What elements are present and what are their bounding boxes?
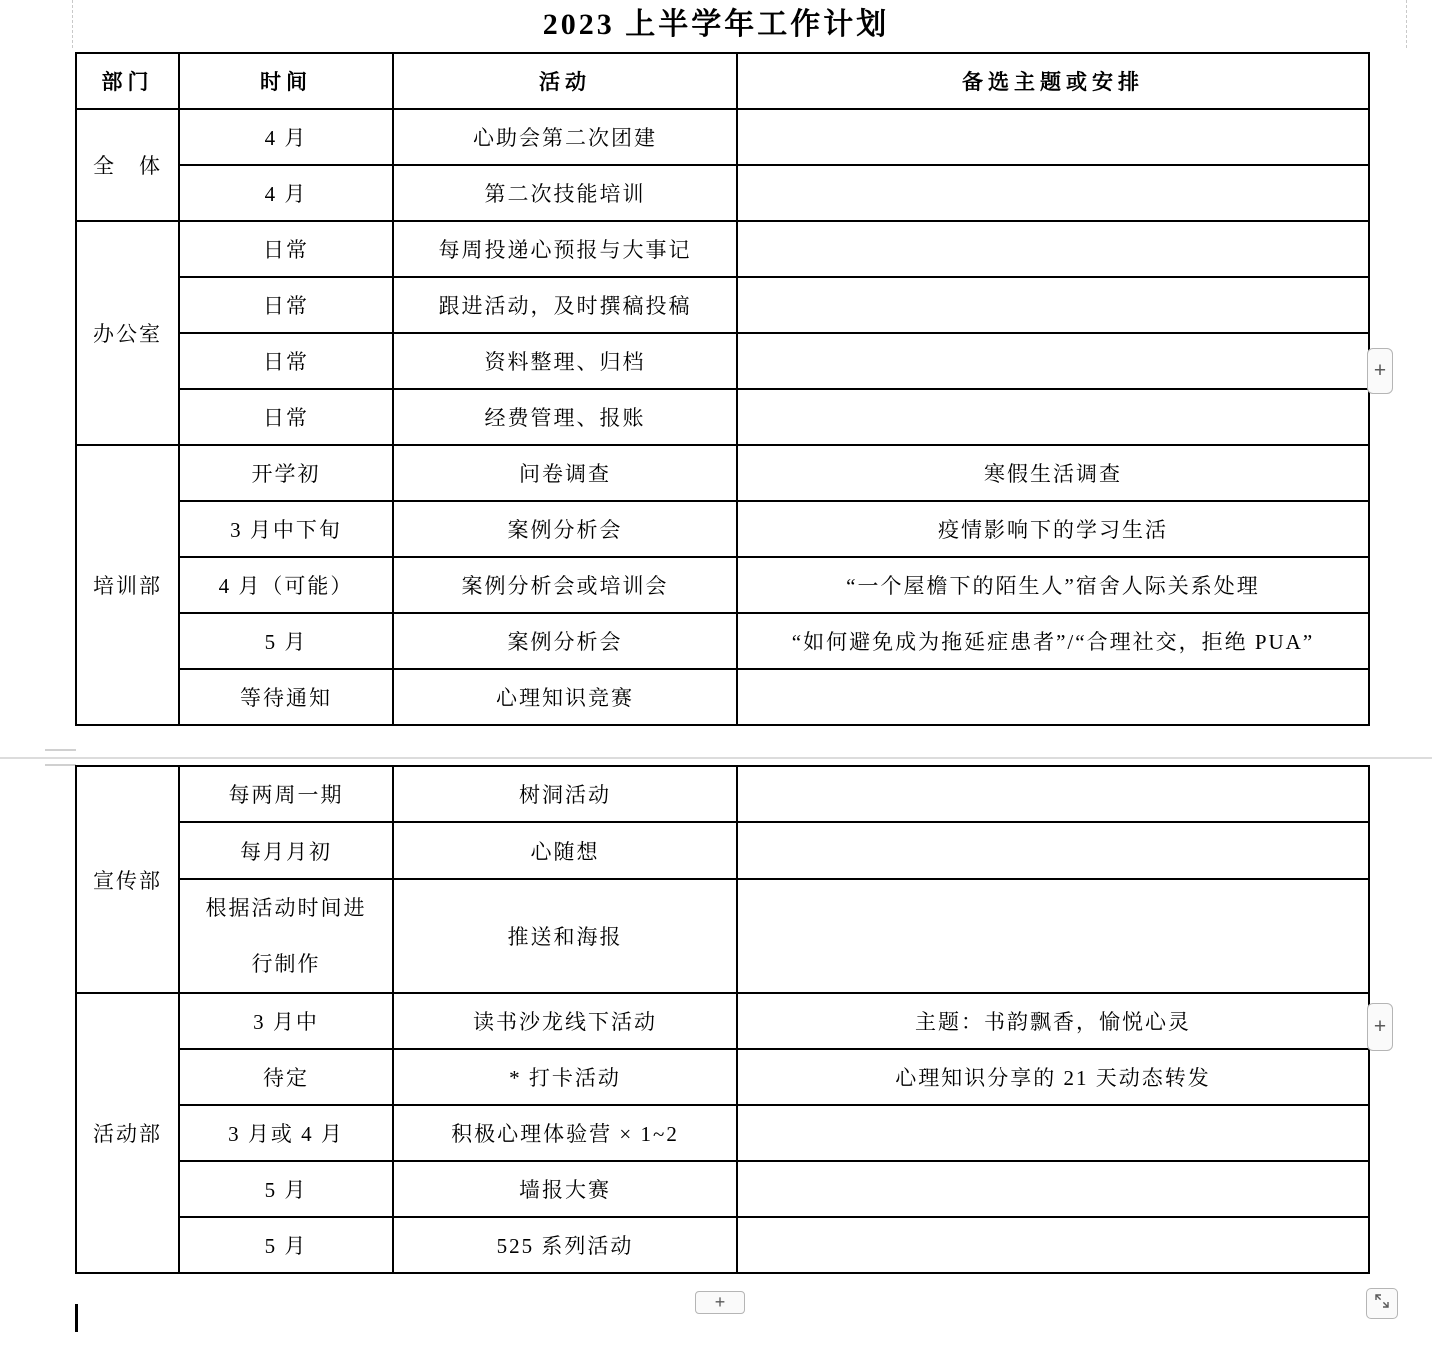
theme-cell[interactable]	[737, 221, 1369, 277]
time-cell[interactable]: 3 月中下旬	[179, 501, 393, 557]
activity-cell[interactable]: 积极心理体验营 × 1~2	[393, 1105, 737, 1161]
table-row: 宣传部 每两周一期 树洞活动	[76, 766, 1369, 822]
text-boundary-mark-right	[1406, 0, 1407, 48]
time-cell[interactable]: 等待通知	[179, 669, 393, 725]
table-row: 每月月初 心随想	[76, 822, 1369, 879]
dept-cell[interactable]: 全 体	[76, 109, 179, 221]
theme-cell[interactable]	[737, 277, 1369, 333]
theme-cell[interactable]: 心理知识分享的 21 天动态转发	[737, 1049, 1369, 1105]
table-row: 待定 * 打卡活动 心理知识分享的 21 天动态转发	[76, 1049, 1369, 1105]
page-title[interactable]: 2023 上半学年工作计划	[0, 3, 1432, 47]
theme-cell[interactable]	[737, 822, 1369, 879]
theme-cell[interactable]	[737, 879, 1369, 993]
time-cell[interactable]: 待定	[179, 1049, 393, 1105]
table-row: 根据活动时间进 行制作 推送和海报	[76, 879, 1369, 993]
table-row: 等待通知 心理知识竞赛	[76, 669, 1369, 725]
page-gap-mark	[45, 764, 76, 766]
dept-cell[interactable]: 办公室	[76, 221, 179, 445]
page-gap-line	[0, 757, 1432, 759]
activity-cell[interactable]: 资料整理、归档	[393, 333, 737, 389]
activity-cell[interactable]: * 打卡活动	[393, 1049, 737, 1105]
table-row: 日常 跟进活动，及时撰稿投稿	[76, 277, 1369, 333]
dept-cell[interactable]: 活动部	[76, 993, 179, 1273]
theme-cell[interactable]	[737, 333, 1369, 389]
theme-cell[interactable]	[737, 165, 1369, 221]
table-row: 3 月中下旬 案例分析会 疫情影响下的学习生活	[76, 501, 1369, 557]
activity-cell[interactable]: 第二次技能培训	[393, 165, 737, 221]
time-cell[interactable]: 4 月（可能）	[179, 557, 393, 613]
page-gap-mark	[45, 749, 76, 751]
theme-cell[interactable]	[737, 669, 1369, 725]
table-row: 办公室 日常 每周投递心预报与大事记	[76, 221, 1369, 277]
theme-cell[interactable]: “如何避免成为拖延症患者”/“合理社交，拒绝 PUA”	[737, 613, 1369, 669]
time-cell[interactable]: 5 月	[179, 1161, 393, 1217]
theme-cell[interactable]	[737, 1217, 1369, 1273]
table-row: 5 月 525 系列活动	[76, 1217, 1369, 1273]
activity-cell[interactable]: 问卷调查	[393, 445, 737, 501]
time-cell[interactable]: 日常	[179, 333, 393, 389]
time-cell[interactable]: 日常	[179, 277, 393, 333]
insert-row-button-top[interactable]: +	[1367, 348, 1393, 394]
text-caret	[75, 1304, 78, 1332]
time-cell[interactable]: 每月月初	[179, 822, 393, 879]
plus-icon: +	[1374, 1015, 1386, 1039]
time-cell[interactable]: 日常	[179, 389, 393, 445]
time-cell[interactable]: 日常	[179, 221, 393, 277]
text-boundary-mark-left	[72, 0, 73, 48]
table-resize-button[interactable]	[1366, 1288, 1398, 1319]
table-row: 日常 经费管理、报账	[76, 389, 1369, 445]
dept-cell[interactable]: 宣传部	[76, 766, 179, 993]
theme-cell[interactable]	[737, 766, 1369, 822]
time-cell[interactable]: 根据活动时间进 行制作	[179, 879, 393, 993]
activity-cell[interactable]: 树洞活动	[393, 766, 737, 822]
theme-cell[interactable]	[737, 389, 1369, 445]
table-row: 5 月 墙报大赛	[76, 1161, 1369, 1217]
insert-row-button-bottom[interactable]: +	[1367, 1003, 1393, 1051]
theme-cell[interactable]: 疫情影响下的学习生活	[737, 501, 1369, 557]
dept-cell[interactable]: 培训部	[76, 445, 179, 725]
table-row: 4 月（可能） 案例分析会或培训会 “一个屋檐下的陌生人”宿舍人际关系处理	[76, 557, 1369, 613]
header-cell-theme[interactable]: 备选主题或安排	[737, 53, 1369, 109]
time-cell[interactable]: 4 月	[179, 109, 393, 165]
activity-cell[interactable]: 心随想	[393, 822, 737, 879]
activity-cell[interactable]: 推送和海报	[393, 879, 737, 993]
table-row: 3 月或 4 月 积极心理体验营 × 1~2	[76, 1105, 1369, 1161]
time-cell[interactable]: 3 月中	[179, 993, 393, 1049]
expand-diagonal-icon	[1372, 1291, 1392, 1316]
theme-cell[interactable]: 寒假生活调查	[737, 445, 1369, 501]
activity-cell[interactable]: 经费管理、报账	[393, 389, 737, 445]
plus-icon: +	[715, 1292, 726, 1313]
header-cell-time[interactable]: 时间	[179, 53, 393, 109]
table-row: 4 月 第二次技能培训	[76, 165, 1369, 221]
theme-cell[interactable]: “一个屋檐下的陌生人”宿舍人际关系处理	[737, 557, 1369, 613]
theme-cell[interactable]: 主题：书韵飘香，愉悦心灵	[737, 993, 1369, 1049]
time-cell[interactable]: 每两周一期	[179, 766, 393, 822]
table-row: 培训部 开学初 问卷调查 寒假生活调查	[76, 445, 1369, 501]
table-row: 日常 资料整理、归档	[76, 333, 1369, 389]
header-cell-department[interactable]: 部门	[76, 53, 179, 109]
time-cell[interactable]: 5 月	[179, 613, 393, 669]
activity-cell[interactable]: 案例分析会	[393, 501, 737, 557]
insert-row-below-table-button[interactable]: +	[695, 1291, 745, 1314]
activity-cell[interactable]: 案例分析会或培训会	[393, 557, 737, 613]
work-plan-table-page1: 部门 时间 活动 备选主题或安排 全 体 4 月 心助会第二次团建 4 月 第二…	[75, 52, 1370, 726]
header-cell-activity[interactable]: 活动	[393, 53, 737, 109]
work-plan-table-page2: 宣传部 每两周一期 树洞活动 每月月初 心随想 根据活动时间进 行制作 推送和海…	[75, 765, 1370, 1274]
time-cell[interactable]: 5 月	[179, 1217, 393, 1273]
table-header-row: 部门 时间 活动 备选主题或安排	[76, 53, 1369, 109]
activity-cell[interactable]: 心助会第二次团建	[393, 109, 737, 165]
plus-icon: +	[1374, 359, 1386, 383]
activity-cell[interactable]: 墙报大赛	[393, 1161, 737, 1217]
time-cell[interactable]: 3 月或 4 月	[179, 1105, 393, 1161]
time-cell[interactable]: 开学初	[179, 445, 393, 501]
theme-cell[interactable]	[737, 1161, 1369, 1217]
activity-cell[interactable]: 心理知识竞赛	[393, 669, 737, 725]
activity-cell[interactable]: 读书沙龙线下活动	[393, 993, 737, 1049]
table-row: 活动部 3 月中 读书沙龙线下活动 主题：书韵飘香，愉悦心灵	[76, 993, 1369, 1049]
table-row: 5 月 案例分析会 “如何避免成为拖延症患者”/“合理社交，拒绝 PUA”	[76, 613, 1369, 669]
activity-cell[interactable]: 525 系列活动	[393, 1217, 737, 1273]
activity-cell[interactable]: 跟进活动，及时撰稿投稿	[393, 277, 737, 333]
activity-cell[interactable]: 每周投递心预报与大事记	[393, 221, 737, 277]
theme-cell[interactable]	[737, 1105, 1369, 1161]
table-row: 全 体 4 月 心助会第二次团建	[76, 109, 1369, 165]
time-cell[interactable]: 4 月	[179, 165, 393, 221]
activity-cell[interactable]: 案例分析会	[393, 613, 737, 669]
theme-cell[interactable]	[737, 109, 1369, 165]
